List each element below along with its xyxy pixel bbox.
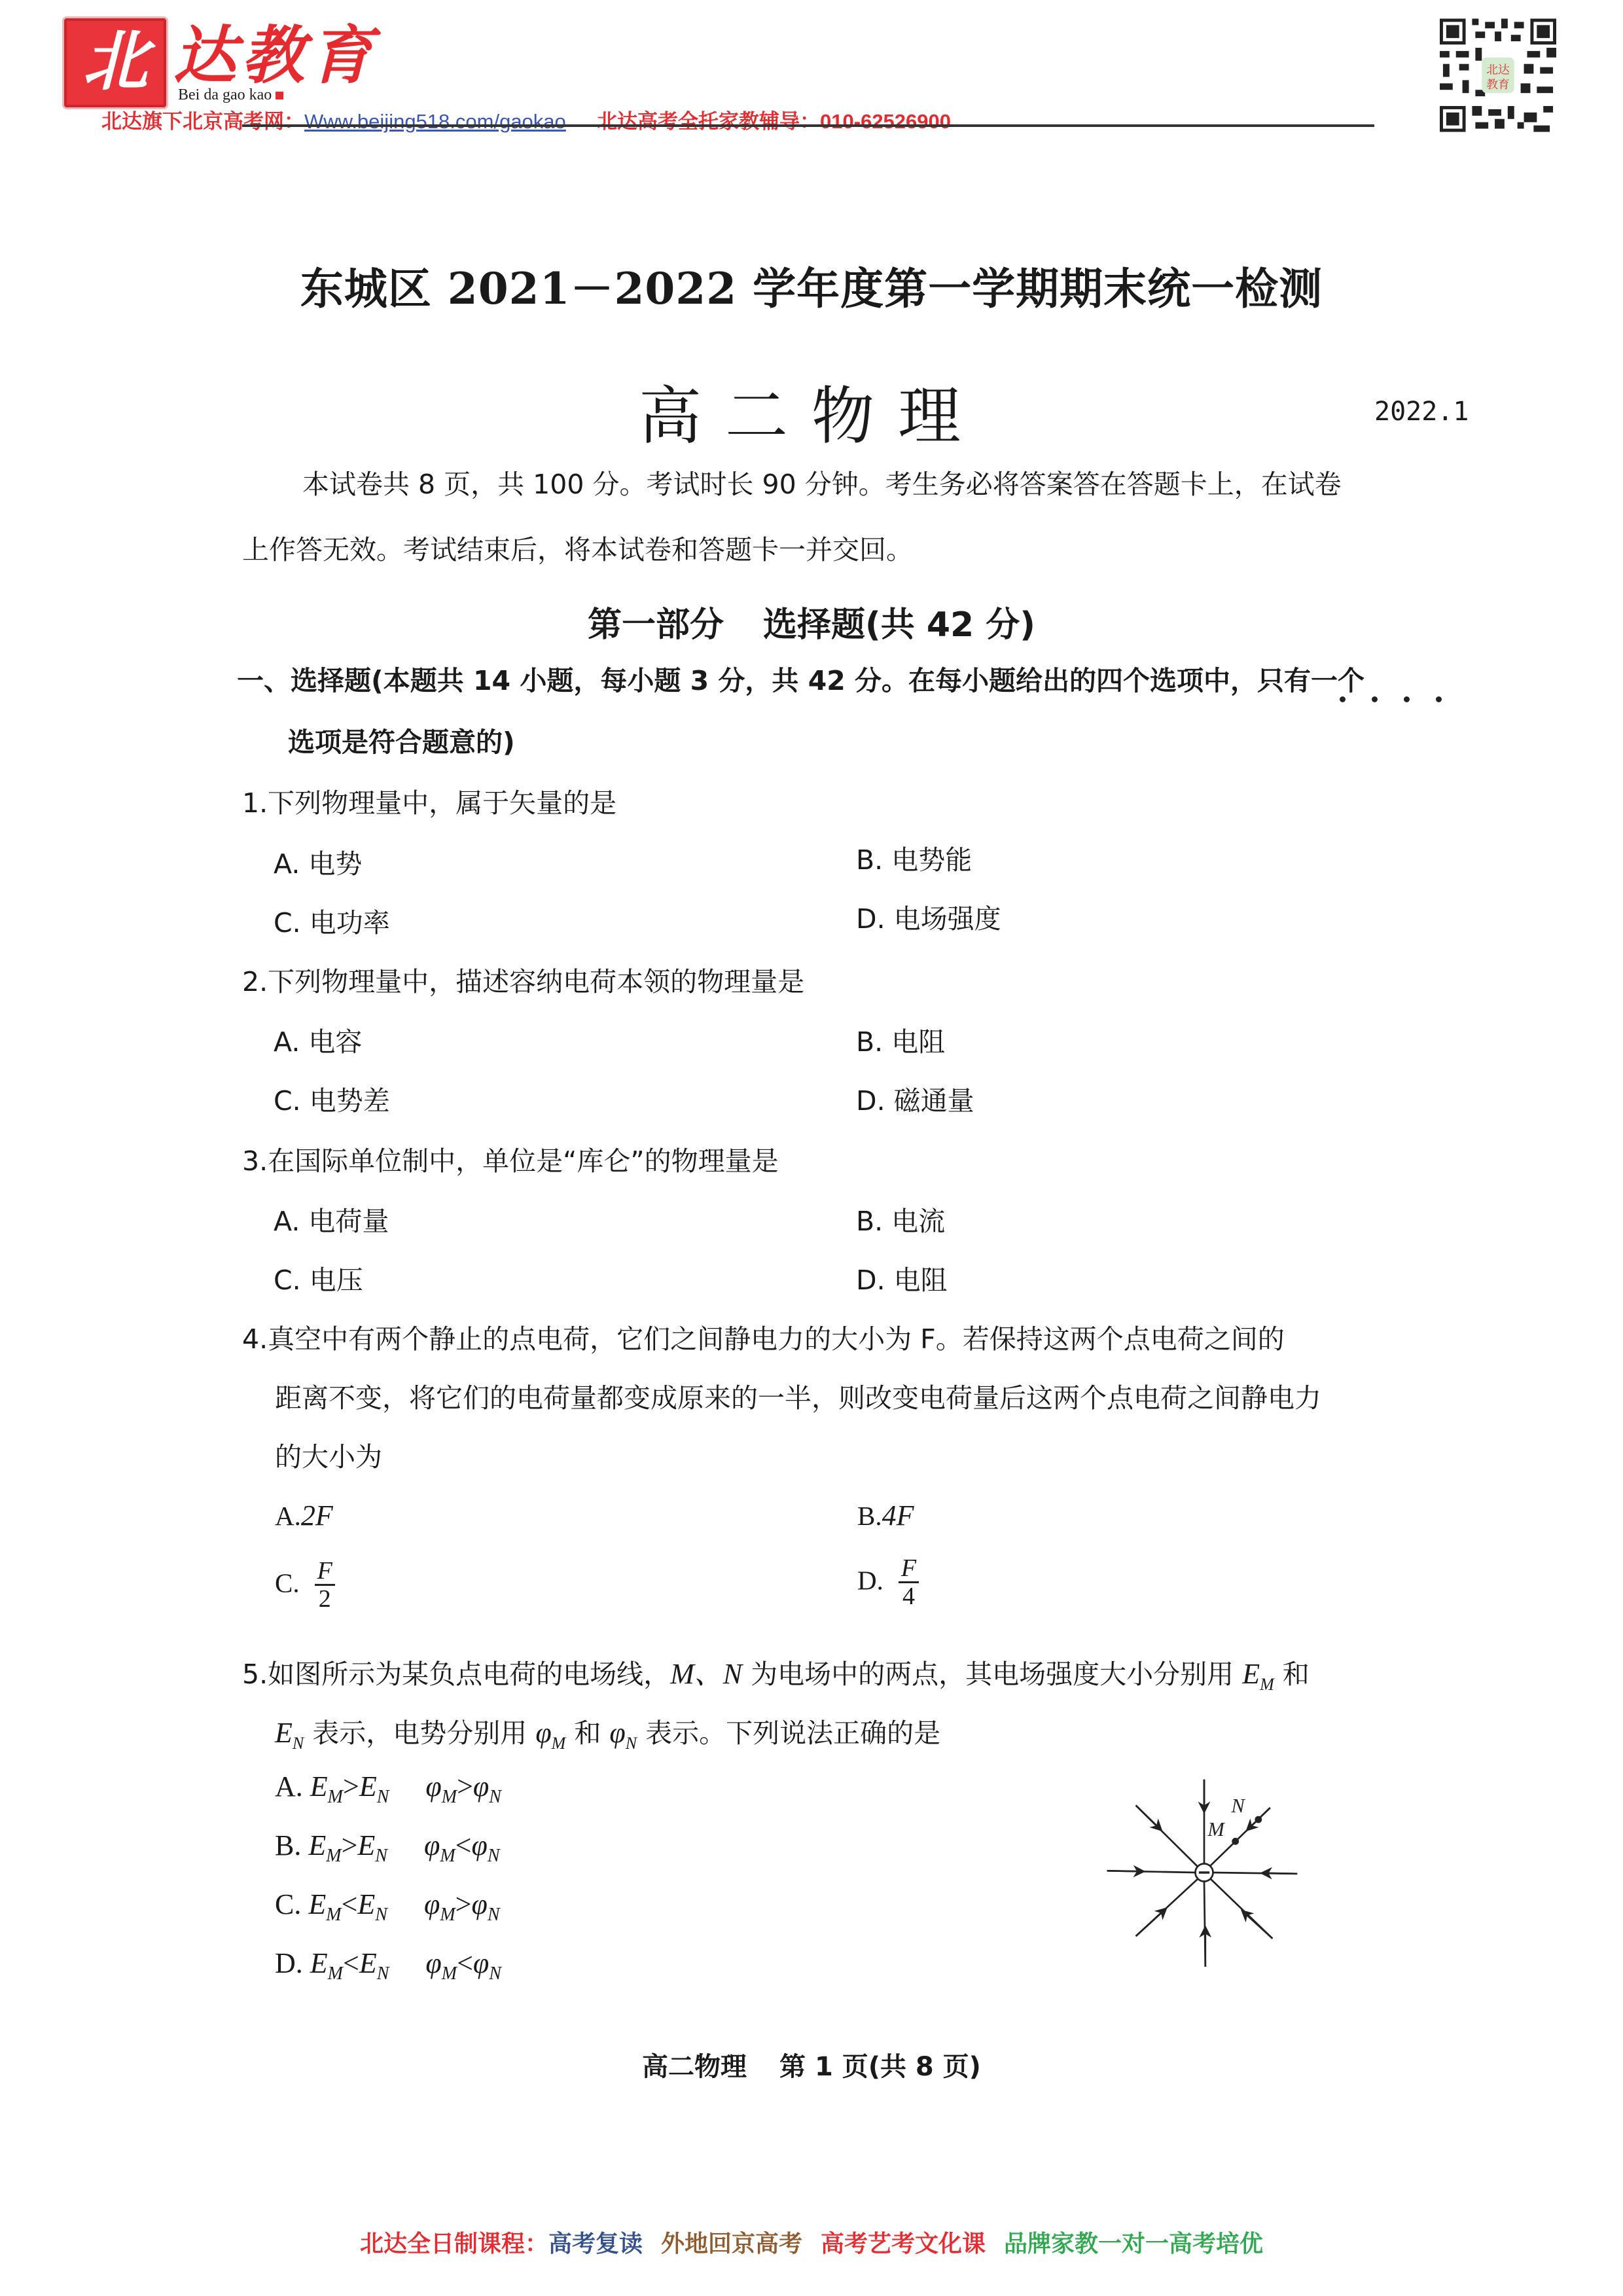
- symbol: E: [310, 1770, 328, 1803]
- question-text: 在国际单位制中，单位是“库仑”的物理量是: [268, 1145, 778, 1177]
- subscript: N: [377, 1964, 389, 1984]
- question-1-stem: 1.下列物理量中，属于矢量的是: [242, 787, 616, 819]
- tutoring-phone: 010-62526900: [820, 110, 951, 133]
- point-labels: M、N: [670, 1658, 742, 1690]
- subscript: N: [489, 1787, 501, 1807]
- relation: <: [457, 1947, 473, 1979]
- subscript: M: [326, 1905, 341, 1925]
- question-3-option-a[interactable]: A. 电荷量: [274, 1206, 389, 1237]
- symbol-e-n: EN: [275, 1717, 304, 1749]
- question-2-option-c[interactable]: C. 电势差: [274, 1085, 390, 1117]
- relation: >: [342, 1829, 358, 1861]
- question-3-option-d[interactable]: D. 电阻: [856, 1265, 948, 1296]
- option-value: 2F: [301, 1499, 333, 1532]
- question-5-option-d[interactable]: D. EM<ENφM<φN: [275, 1946, 501, 1984]
- question-5-stem-line-1: 5.如图所示为某负点电荷的电场线，M、N 为电场中的两点，其电场强度大小分别用 …: [242, 1659, 1310, 1700]
- instructions-line-2: 上作答无效。考试结束后，将本试卷和答题卡一并交回。: [242, 534, 913, 565]
- option-label: D.: [275, 1947, 303, 1979]
- ad-item-1[interactable]: 高考复读: [548, 2230, 643, 2257]
- part-title-b: 选择题(共 42 分): [763, 605, 1035, 645]
- tutoring-label: 北达高考全托家教辅导：: [597, 110, 820, 133]
- symbol: E: [357, 1829, 375, 1861]
- question-1-option-a[interactable]: A. 电势: [274, 848, 362, 880]
- subscript: N: [489, 1964, 501, 1984]
- symbol: E: [308, 1888, 326, 1920]
- symbol: E: [359, 1947, 377, 1979]
- subscript: M: [442, 1787, 457, 1807]
- point-n-marker: [1255, 1816, 1262, 1823]
- question-4-option-c[interactable]: C. F2: [275, 1558, 335, 1612]
- question-3-option-c[interactable]: C. 电压: [274, 1265, 363, 1296]
- emphasis-dot: [1372, 696, 1378, 702]
- subscript: M: [326, 1846, 341, 1866]
- subscript: N: [488, 1846, 500, 1866]
- point-m-marker: [1232, 1838, 1239, 1845]
- relation: <: [342, 1888, 358, 1920]
- brand-logo-mark: 北: [64, 18, 166, 107]
- relation: <: [455, 1829, 472, 1861]
- symbol: E: [275, 1717, 293, 1749]
- numerator: F: [315, 1558, 335, 1586]
- symbol: φ: [609, 1717, 625, 1749]
- question-number: 1.: [242, 787, 268, 819]
- question-4-option-d[interactable]: D. F4: [857, 1555, 919, 1609]
- subscript: N: [488, 1905, 500, 1925]
- option-label: A.: [275, 1770, 303, 1803]
- question-3-stem: 3.在国际单位制中，单位是“库仑”的物理量是: [242, 1145, 779, 1177]
- numerator: F: [899, 1555, 919, 1583]
- question-4-option-a[interactable]: A.2F: [275, 1500, 333, 1532]
- question-text: 真空中有两个静止的点电荷，它们之间静电力的大小为 F。若保持这两个点电荷之间的: [268, 1323, 1285, 1355]
- svg-text:北达: 北达: [1486, 63, 1510, 77]
- footer-subject: 高二物理: [642, 2052, 747, 2082]
- symbol: φ: [473, 1770, 489, 1803]
- ad-item-4[interactable]: 品牌家教一对一高考培优: [1004, 2230, 1263, 2257]
- subscript: M: [442, 1964, 457, 1984]
- footer-page-info: 第 1 页(共 8 页): [779, 2052, 981, 2082]
- site-link[interactable]: Www.beijing518.com/gaokao: [304, 110, 566, 133]
- subscript: M: [328, 1964, 343, 1984]
- subscript: M: [328, 1787, 343, 1807]
- question-text: 表示，电势分别用: [304, 1717, 535, 1749]
- question-1-option-d[interactable]: D. 电场强度: [856, 903, 1001, 935]
- logo-glyph: 北: [67, 25, 164, 97]
- ad-footer-label: 北达全日制课程：: [360, 2230, 548, 2257]
- subscript: N: [375, 1846, 387, 1866]
- question-number: 3.: [242, 1145, 268, 1177]
- brand-subtitle: Bei da gao kao: [178, 86, 283, 104]
- question-text: 下列物理量中，描述容纳电荷本领的物理量是: [268, 966, 804, 997]
- question-number: 2.: [242, 966, 268, 997]
- symbol: φ: [425, 1947, 441, 1979]
- symbol: φ: [424, 1888, 440, 1920]
- relation: >: [457, 1770, 473, 1803]
- question-2-stem: 2.下列物理量中，描述容纳电荷本领的物理量是: [242, 966, 804, 997]
- question-5-option-a[interactable]: A. EM>ENφM>φN: [275, 1770, 501, 1808]
- question-1-option-b[interactable]: B. 电势能: [856, 844, 972, 876]
- subscript: M: [440, 1846, 455, 1866]
- part-title-a: 第一部分: [588, 605, 724, 645]
- question-3-option-b[interactable]: B. 电流: [856, 1206, 945, 1237]
- relation: >: [343, 1770, 359, 1803]
- question-text: 表示。下列说法正确的是: [637, 1717, 940, 1749]
- symbol: φ: [471, 1829, 487, 1861]
- subscript: N: [293, 1734, 304, 1753]
- option-label: D.: [857, 1566, 883, 1596]
- exam-date: 2022.1: [1374, 397, 1469, 427]
- denominator: 4: [899, 1583, 919, 1609]
- brand-subtitle-text: Bei da gao kao: [178, 86, 272, 103]
- option-label: A.: [275, 1501, 301, 1531]
- question-text: 如图所示为某负点电荷的电场线，: [268, 1659, 670, 1690]
- subscript: N: [626, 1734, 637, 1753]
- question-number: 5.: [242, 1659, 268, 1690]
- relation: <: [343, 1947, 359, 1979]
- subscript: M: [552, 1734, 566, 1753]
- electric-field-diagram: M N: [1086, 1761, 1322, 1996]
- square-icon: [276, 92, 283, 99]
- symbol: E: [1242, 1658, 1260, 1690]
- question-5-option-c[interactable]: C. EM<ENφM>φN: [275, 1888, 500, 1926]
- symbol: φ: [473, 1947, 489, 1979]
- part-title: 第一部分选择题(共 42 分): [0, 597, 1623, 646]
- qr-code-icon: 北达 教育: [1440, 18, 1556, 132]
- fraction: F4: [899, 1555, 919, 1609]
- symbol: φ: [471, 1888, 487, 1920]
- relation: >: [455, 1888, 472, 1920]
- brand-logo-text: 达教育: [173, 20, 378, 92]
- subscript: N: [377, 1787, 389, 1807]
- emphasis-dot: [1340, 696, 1346, 702]
- emphasis-dot: [1404, 696, 1410, 702]
- exam-title: 东城区 2021－2022 学年度第一学期期末统一检测: [0, 254, 1623, 316]
- section-intro-line-2: 选项是符合题意的): [288, 726, 515, 758]
- question-2-option-d[interactable]: D. 磁通量: [856, 1085, 974, 1117]
- symbol: E: [357, 1888, 375, 1920]
- header-divider: [242, 124, 1374, 127]
- question-2-option-b[interactable]: B. 电阻: [856, 1026, 945, 1058]
- subscript: M: [440, 1905, 455, 1925]
- option-label: C.: [275, 1888, 301, 1920]
- site-label: 北达旗下北京高考网：: [101, 110, 304, 133]
- symbol-e-m: EM: [1242, 1658, 1274, 1690]
- symbol-phi-n: φN: [609, 1717, 637, 1749]
- option-value: 4F: [882, 1499, 914, 1532]
- question-4-option-b[interactable]: B.4F: [857, 1500, 914, 1532]
- subscript: N: [375, 1905, 387, 1925]
- ad-item-3[interactable]: 高考艺考文化课: [821, 2230, 986, 2257]
- svg-text:教育: 教育: [1486, 78, 1510, 92]
- symbol: E: [308, 1829, 326, 1861]
- option-label: C.: [275, 1568, 300, 1598]
- symbol: φ: [535, 1717, 551, 1749]
- emphasis-dot: [1436, 696, 1442, 702]
- question-text: 为电场中的两点，其电场强度大小分别用: [742, 1659, 1242, 1690]
- subscript: M: [1260, 1675, 1274, 1694]
- section-intro-line-1: 一、选择题(本题共 14 小题，每小题 3 分，共 42 分。在每小题给出的四个…: [237, 665, 1364, 696]
- option-label: B.: [857, 1501, 882, 1531]
- ad-item-2[interactable]: 外地回京高考: [661, 2230, 802, 2257]
- symbol-phi-m: φM: [535, 1717, 565, 1749]
- question-2-option-a[interactable]: A. 电容: [274, 1026, 362, 1058]
- question-4-stem-line-2: 距离不变，将它们的电荷量都变成原来的一半，则改变电荷量后这两个点电荷之间静电力: [275, 1382, 1321, 1414]
- question-4-stem-line-1: 4.真空中有两个静止的点电荷，它们之间静电力的大小为 F。若保持这两个点电荷之间…: [242, 1323, 1285, 1355]
- ad-footer: 北达全日制课程：高考复读外地回京高考高考艺考文化课品牌家教一对一高考培优: [0, 2225, 1623, 2259]
- symbol: φ: [424, 1829, 440, 1861]
- point-m-label: M: [1207, 1818, 1225, 1840]
- question-text: 和: [565, 1717, 609, 1749]
- symbol: E: [310, 1947, 328, 1979]
- question-4-stem-line-3: 的大小为: [275, 1441, 382, 1473]
- page-footer: 高二物理第 1 页(共 8 页): [0, 2046, 1623, 2083]
- question-text: 下列物理量中，属于矢量的是: [268, 787, 616, 819]
- header-info-line: 北达旗下北京高考网：Www.beijing518.com/gaokao 北达高考…: [101, 105, 951, 134]
- fraction: F2: [315, 1558, 335, 1612]
- instructions-line-1: 本试卷共 8 页，共 100 分。考试时长 90 分钟。考生务必将答案答在答题卡…: [302, 469, 1342, 500]
- point-n-label: N: [1230, 1795, 1245, 1817]
- denominator: 2: [315, 1586, 335, 1612]
- option-label: B.: [275, 1829, 301, 1861]
- symbol: E: [359, 1770, 377, 1803]
- question-text: 和: [1274, 1659, 1310, 1690]
- symbol: φ: [425, 1770, 441, 1803]
- question-number: 4.: [242, 1323, 268, 1355]
- question-1-option-c[interactable]: C. 电功率: [274, 907, 390, 939]
- question-5-stem-line-2: EN 表示，电势分别用 φM 和 φN 表示。下列说法正确的是: [275, 1717, 940, 1759]
- question-5-option-b[interactable]: B. EM>ENφM<φN: [275, 1829, 500, 1867]
